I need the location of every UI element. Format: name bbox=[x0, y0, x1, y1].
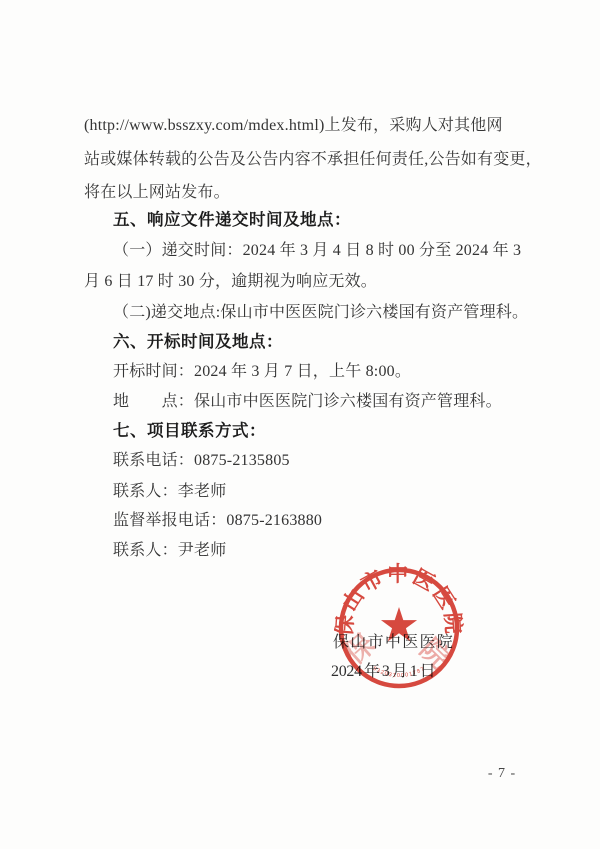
paragraph-line: 站或媒体转载的公告及公告内容不承担任何责任,公告如有变更， bbox=[84, 146, 542, 170]
paragraph-line: 地 点：保山市中医医院门诊六楼国有资产管理科。 bbox=[113, 388, 502, 412]
paragraph-line: 开标时间：2024 年 3 月 7 日，上午 8:00。 bbox=[113, 358, 411, 382]
seal-serial-number: 5320310001787 bbox=[372, 666, 427, 679]
page-number: - 7 - bbox=[472, 766, 532, 782]
contact-person-line: 联系人：尹老师 bbox=[113, 537, 226, 561]
paragraph-line: 将在以上网站发布。 bbox=[84, 179, 230, 203]
paragraph-line: （一）递交时间：2024 年 3 月 4 日 8 时 00 分至 2024 年 … bbox=[113, 237, 521, 261]
seal-star-icon bbox=[381, 607, 417, 641]
paragraph-line: （二)递交地点:保山市中医医院门诊六楼国有资产管理科。 bbox=[113, 299, 528, 323]
paragraph-line: 月 6 日 17 时 30 分，逾期视为响应无效。 bbox=[84, 268, 377, 292]
document-page: (http://www.bsszxy.com/mdex.html)上发布，采购人… bbox=[0, 0, 600, 849]
contact-person-line: 联系人：李老师 bbox=[113, 478, 226, 502]
official-seal: 保山市中医医院 5320310001787 保 院 bbox=[334, 562, 466, 694]
seal-graphics: 保山市中医医院 5320310001787 保 院 bbox=[334, 562, 466, 686]
supervision-phone-line: 监督举报电话：0875-2163880 bbox=[113, 507, 322, 531]
section-heading-7: 七、项目联系方式： bbox=[113, 417, 266, 441]
contact-phone-line: 联系电话：0875-2135805 bbox=[113, 447, 290, 471]
paragraph-line: (http://www.bsszxy.com/mdex.html)上发布，采购人… bbox=[84, 112, 503, 136]
section-heading-6: 六、开标时间及地点： bbox=[113, 328, 283, 352]
section-heading-5: 五、响应文件递交时间及地点： bbox=[113, 206, 351, 230]
